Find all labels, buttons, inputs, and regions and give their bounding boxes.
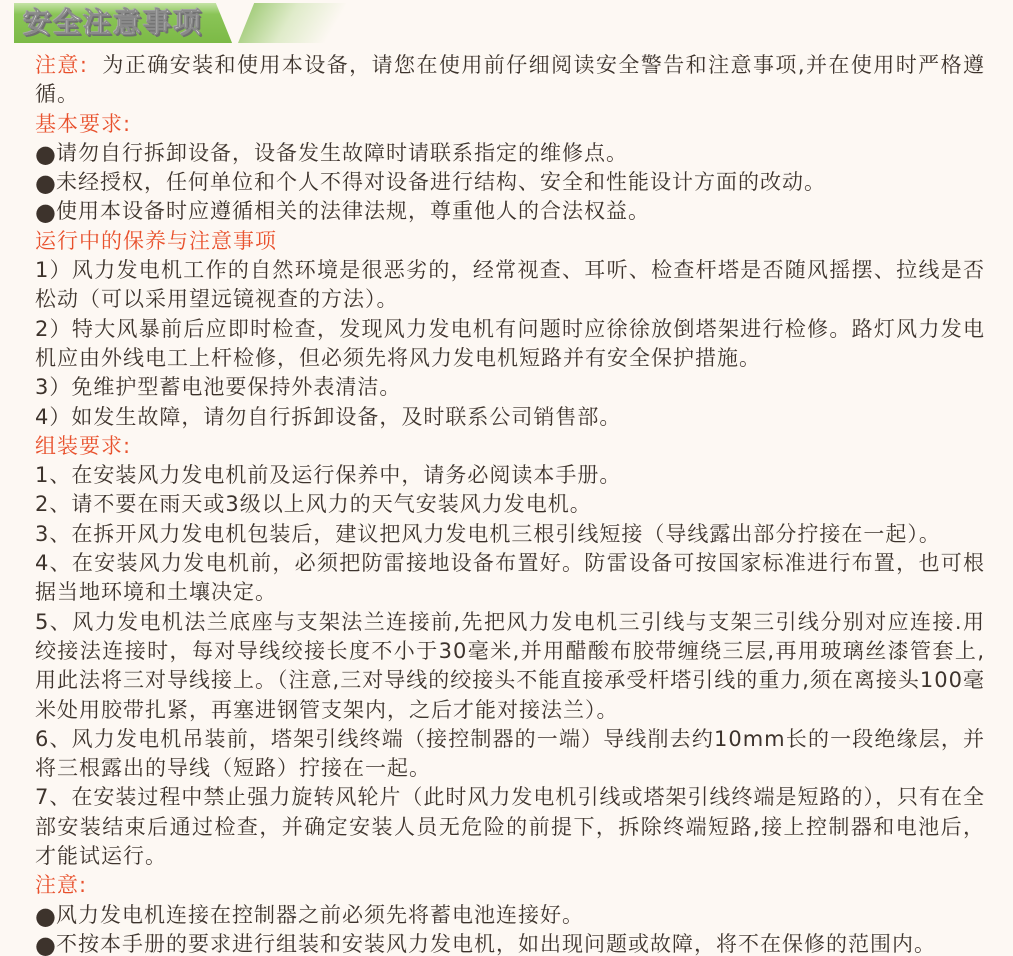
note-label: 注意: bbox=[35, 53, 88, 77]
note-text: 为正确安装和使用本设备，请您在使用前仔细阅读安全警告和注意事项,并在使用时严格遵… bbox=[35, 53, 985, 106]
bullet-text: 风力发电机连接在控制器之前必须先将蓄电池连接好。 bbox=[56, 903, 584, 927]
bullet-text: 不按本手册的要求进行组装和安装风力发电机，如出现问题或故障，将不在保修的范围内。 bbox=[56, 932, 936, 956]
bullet-item: ●未经授权，任何单位和个人不得对设备进行结构、安全和性能设计方面的改动。 bbox=[35, 168, 985, 197]
bullet-item: ●不按本手册的要求进行组装和安装风力发电机，如出现问题或故障，将不在保修的范围内… bbox=[35, 930, 985, 956]
bullet-icon: ● bbox=[35, 931, 56, 956]
numbered-item: 1）风力发电机工作的自然环境是很恶劣的，经常视查、耳听、检查杆塔是否随风摇摆、拉… bbox=[35, 256, 985, 315]
bullet-icon: ● bbox=[35, 902, 56, 930]
numbered-item: 2、请不要在雨天或3级以上风力的天气安装风力发电机。 bbox=[35, 490, 985, 519]
numbered-item: 3）免维护型蓄电池要保持外表清洁。 bbox=[35, 373, 985, 402]
numbered-item: 5、风力发电机法兰底座与支架法兰连接前,先把风力发电机三引线与支架三引线分别对应… bbox=[35, 608, 985, 725]
numbered-item: 2）特大风暴前后应即时检查，发现风力发电机有问题时应徐徐放倒塔架进行检修。路灯风… bbox=[35, 315, 985, 374]
bullet-item: ●请勿自行拆卸设备，设备发生故障时请联系指定的维修点。 bbox=[35, 139, 985, 168]
numbered-item: 4、在安装风力发电机前，必须把防雷接地设备布置好。防雷设备可按国家标准进行布置，… bbox=[35, 549, 985, 608]
numbered-item: 3、在拆开风力发电机包装后，建议把风力发电机三根引线短接（导线露出部分拧接在一起… bbox=[35, 520, 985, 549]
section-heading-final-note: 注意: bbox=[35, 871, 985, 900]
section-heading-assembly-requirements: 组装要求: bbox=[35, 432, 985, 461]
section-banner: 安全注意事项 bbox=[0, 0, 1013, 44]
section-heading-basic-requirements: 基本要求: bbox=[35, 110, 985, 139]
section-heading-operation-maintenance: 运行中的保养与注意事项 bbox=[35, 227, 985, 256]
safety-manual-page: 安全注意事项 注意:为正确安装和使用本设备，请您在使用前仔细阅读安全警告和注意事… bbox=[0, 0, 1013, 956]
numbered-item: 7、在安装过程中禁止强力旋转风轮片（此时风力发电机引线或塔架引线终端是短路的），… bbox=[35, 783, 985, 871]
bullet-item: ●风力发电机连接在控制器之前必须先将蓄电池连接好。 bbox=[35, 901, 985, 930]
bullet-icon: ● bbox=[35, 169, 56, 197]
numbered-item: 1、在安装风力发电机前及运行保养中，请务必阅读本手册。 bbox=[35, 461, 985, 490]
numbered-item: 4）如发生故障，请勿自行拆卸设备，及时联系公司销售部。 bbox=[35, 403, 985, 432]
page-title: 安全注意事项 bbox=[23, 6, 203, 39]
paragraph-note: 注意:为正确安装和使用本设备，请您在使用前仔细阅读安全警告和注意事项,并在使用时… bbox=[35, 51, 985, 110]
section-banner-bar: 安全注意事项 bbox=[14, 3, 246, 43]
bullet-icon: ● bbox=[35, 198, 56, 226]
bullet-item: ●使用本设备时应遵循相关的法律法规，尊重他人的合法权益。 bbox=[35, 197, 985, 226]
bullet-text: 请勿自行拆卸设备，设备发生故障时请联系指定的维修点。 bbox=[56, 141, 628, 165]
bullet-text: 未经授权，任何单位和个人不得对设备进行结构、安全和性能设计方面的改动。 bbox=[56, 170, 826, 194]
manual-body: 注意:为正确安装和使用本设备，请您在使用前仔细阅读安全警告和注意事项,并在使用时… bbox=[0, 44, 1013, 956]
banner-tail-decoration bbox=[238, 3, 346, 43]
bullet-text: 使用本设备时应遵循相关的法律法规，尊重他人的合法权益。 bbox=[56, 199, 650, 223]
numbered-item: 6、风力发电机吊装前，塔架引线终端（接控制器的一端）导线削去约10mm长的一段绝… bbox=[35, 725, 985, 784]
bullet-icon: ● bbox=[35, 140, 56, 168]
